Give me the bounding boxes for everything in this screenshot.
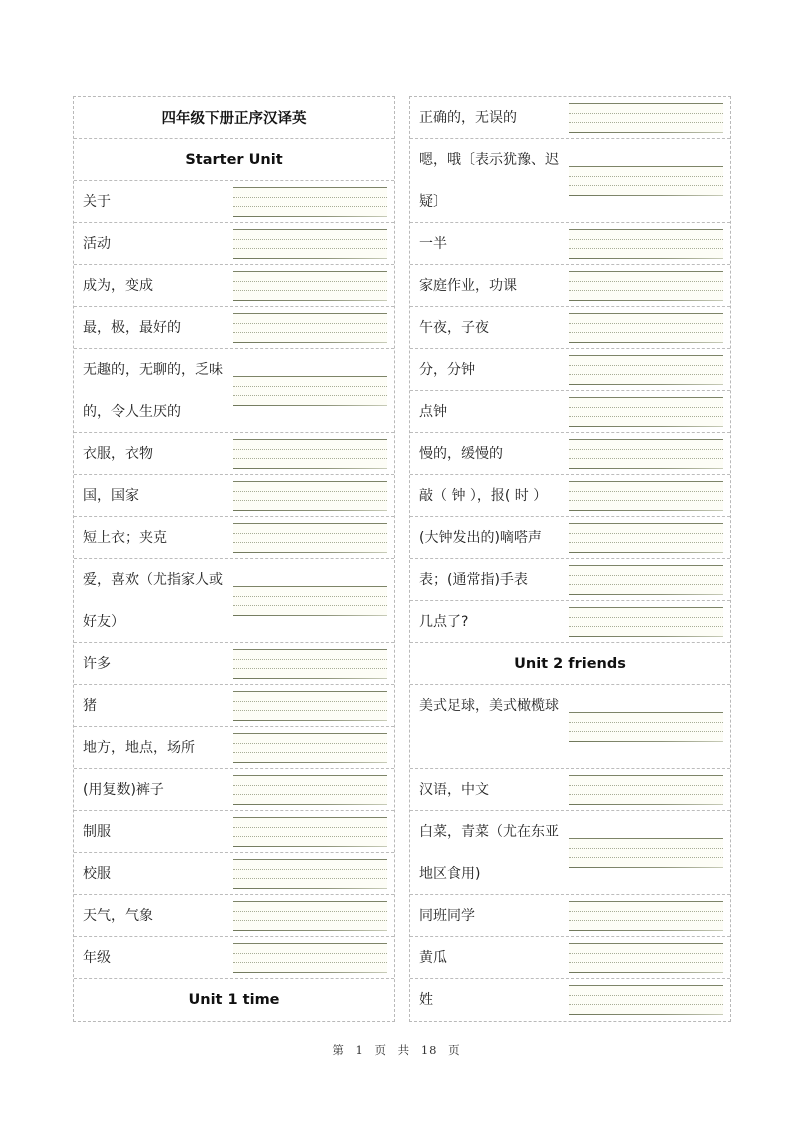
- writing-area: [233, 188, 387, 216]
- footer-page-unit: 页: [375, 1043, 388, 1057]
- dotted-guide-line: [569, 491, 723, 492]
- dotted-guide-line: [233, 596, 387, 597]
- dotted-guide-line: [569, 113, 723, 114]
- dotted-guide-line: [569, 617, 723, 618]
- vocab-row: 姓: [410, 979, 730, 1021]
- dotted-guide-line: [233, 869, 387, 870]
- vocab-row: 几点了?: [410, 601, 730, 643]
- dotted-guide-line: [233, 605, 387, 606]
- chinese-term: 短上衣；夹克: [83, 517, 233, 559]
- dotted-guide-line: [569, 290, 723, 291]
- vocab-row: 白菜，青菜（尤在东亚地区食用): [410, 811, 730, 895]
- bottom-rule-line: [569, 1014, 723, 1015]
- dotted-guide-line: [569, 953, 723, 954]
- top-rule-line: [233, 439, 387, 440]
- chinese-term: 关于: [83, 181, 233, 223]
- dotted-guide-line: [569, 995, 723, 996]
- dotted-guide-line: [569, 248, 723, 249]
- chinese-term: 家庭作业，功课: [419, 265, 569, 307]
- writing-area: [233, 377, 387, 405]
- vocab-row: 最，极，最好的: [74, 307, 394, 349]
- answer-writing-lines[interactable]: [569, 481, 723, 511]
- top-rule-line: [233, 229, 387, 230]
- dotted-guide-line: [569, 584, 723, 585]
- vocab-row: 敲（ 钟 ），报( 时 ）: [410, 475, 730, 517]
- dotted-guide-line: [569, 533, 723, 534]
- writing-area: [233, 482, 387, 510]
- writing-area: [569, 902, 723, 930]
- answer-writing-lines[interactable]: [233, 586, 387, 616]
- bottom-rule-line: [569, 594, 723, 595]
- top-rule-line: [233, 733, 387, 734]
- bottom-rule-line: [569, 300, 723, 301]
- writing-area: [233, 650, 387, 678]
- answer-writing-lines[interactable]: [233, 187, 387, 217]
- chinese-term: 猪: [83, 685, 233, 727]
- writing-area: [569, 314, 723, 342]
- top-rule-line: [233, 943, 387, 944]
- dotted-guide-line: [233, 953, 387, 954]
- dotted-guide-line: [569, 731, 723, 732]
- answer-writing-lines[interactable]: [569, 838, 723, 868]
- dotted-guide-line: [569, 722, 723, 723]
- bottom-rule-line: [569, 972, 723, 973]
- top-rule-line: [233, 859, 387, 860]
- chinese-term: (用复数)裤子: [83, 769, 233, 811]
- dotted-guide-line: [569, 416, 723, 417]
- dotted-guide-line: [233, 878, 387, 879]
- dotted-guide-line: [233, 836, 387, 837]
- dotted-guide-line: [569, 449, 723, 450]
- chinese-term: 成为，变成: [83, 265, 233, 307]
- vocab-row: 分，分钟: [410, 349, 730, 391]
- top-rule-line: [569, 985, 723, 986]
- top-rule-line: [569, 607, 723, 608]
- bottom-rule-line: [233, 888, 387, 889]
- answer-writing-lines[interactable]: [233, 775, 387, 805]
- chinese-term: 天气，气象: [83, 895, 233, 937]
- dotted-guide-line: [233, 248, 387, 249]
- writing-area: [569, 230, 723, 258]
- dotted-guide-line: [569, 458, 723, 459]
- bottom-rule-line: [233, 552, 387, 553]
- dotted-guide-line: [233, 710, 387, 711]
- answer-writing-lines[interactable]: [569, 166, 723, 196]
- answer-writing-lines[interactable]: [233, 523, 387, 553]
- chinese-term: 午夜，子夜: [419, 307, 569, 349]
- chinese-term: 美式足球，美式橄榄球: [419, 685, 564, 727]
- top-rule-line: [569, 481, 723, 482]
- vocab-row: 衣服，衣物: [74, 433, 394, 475]
- answer-writing-lines[interactable]: [233, 817, 387, 847]
- bottom-rule-line: [569, 342, 723, 343]
- top-rule-line: [233, 523, 387, 524]
- bottom-rule-line: [233, 720, 387, 721]
- writing-area: [569, 839, 723, 867]
- dotted-guide-line: [233, 920, 387, 921]
- vocab-row: (用复数)裤子: [74, 769, 394, 811]
- bottom-rule-line: [569, 741, 723, 742]
- bottom-rule-line: [569, 384, 723, 385]
- dotted-guide-line: [569, 911, 723, 912]
- dotted-guide-line: [233, 668, 387, 669]
- vocab-row: 短上衣；夹克: [74, 517, 394, 559]
- answer-writing-lines[interactable]: [233, 859, 387, 889]
- dotted-guide-line: [569, 785, 723, 786]
- right-column: 正确的，无误的嗯，哦〔表示犹豫、迟疑〕一半家庭作业，功课午夜，子夜分，分钟点钟慢…: [409, 96, 731, 1022]
- section-heading: 四年级下册正序汉译英: [74, 97, 394, 139]
- answer-writing-lines[interactable]: [569, 943, 723, 973]
- answer-writing-lines[interactable]: [569, 901, 723, 931]
- top-rule-line: [233, 481, 387, 482]
- top-rule-line: [569, 439, 723, 440]
- writing-area: [569, 524, 723, 552]
- top-rule-line: [569, 523, 723, 524]
- answer-writing-lines[interactable]: [233, 439, 387, 469]
- footer-prefix: 第: [332, 1043, 345, 1057]
- writing-area: [569, 272, 723, 300]
- chinese-term: 衣服，衣物: [83, 433, 233, 475]
- vocab-row: 制服: [74, 811, 394, 853]
- dotted-guide-line: [569, 1004, 723, 1005]
- writing-area: [233, 776, 387, 804]
- page-footer: 第 1 页 共 18 页: [0, 1042, 793, 1058]
- answer-writing-lines[interactable]: [569, 607, 723, 637]
- dotted-guide-line: [233, 701, 387, 702]
- writing-area: [569, 440, 723, 468]
- top-rule-line: [233, 313, 387, 314]
- writing-area: [569, 776, 723, 804]
- chinese-term: 嗯，哦〔表示犹豫、迟疑〕: [419, 139, 564, 223]
- answer-writing-lines[interactable]: [569, 712, 723, 742]
- answer-writing-lines[interactable]: [233, 901, 387, 931]
- bottom-rule-line: [233, 300, 387, 301]
- top-rule-line: [569, 271, 723, 272]
- bottom-rule-line: [233, 342, 387, 343]
- writing-area: [569, 566, 723, 594]
- bottom-rule-line: [569, 468, 723, 469]
- answer-writing-lines[interactable]: [569, 985, 723, 1015]
- writing-area: [233, 440, 387, 468]
- bottom-rule-line: [233, 972, 387, 973]
- dotted-guide-line: [233, 752, 387, 753]
- top-rule-line: [569, 838, 723, 839]
- top-rule-line: [233, 586, 387, 587]
- chinese-term: 活动: [83, 223, 233, 265]
- dotted-guide-line: [569, 239, 723, 240]
- bottom-rule-line: [233, 216, 387, 217]
- chinese-term: 汉语，中文: [419, 769, 569, 811]
- dotted-guide-line: [233, 197, 387, 198]
- bottom-rule-line: [233, 258, 387, 259]
- chinese-term: 一半: [419, 223, 569, 265]
- writing-area: [233, 272, 387, 300]
- top-rule-line: [569, 355, 723, 356]
- vocab-row: 点钟: [410, 391, 730, 433]
- top-rule-line: [233, 649, 387, 650]
- writing-area: [569, 944, 723, 972]
- top-rule-line: [233, 817, 387, 818]
- bottom-rule-line: [569, 636, 723, 637]
- left-column: 四年级下册正序汉译英Starter Unit关于活动成为，变成最，极，最好的无趣…: [73, 96, 395, 1022]
- chinese-term: 同班同学: [419, 895, 569, 937]
- vocab-row: 猪: [74, 685, 394, 727]
- dotted-guide-line: [233, 785, 387, 786]
- answer-writing-lines[interactable]: [233, 691, 387, 721]
- top-rule-line: [569, 313, 723, 314]
- top-rule-line: [569, 943, 723, 944]
- answer-writing-lines[interactable]: [233, 271, 387, 301]
- answer-writing-lines[interactable]: [569, 775, 723, 805]
- vocab-row: 一半: [410, 223, 730, 265]
- bottom-rule-line: [233, 930, 387, 931]
- top-rule-line: [569, 229, 723, 230]
- vocab-row: 天气，气象: [74, 895, 394, 937]
- answer-writing-lines[interactable]: [569, 397, 723, 427]
- vocab-row: 关于: [74, 181, 394, 223]
- answer-writing-lines[interactable]: [569, 103, 723, 133]
- top-rule-line: [569, 103, 723, 104]
- dotted-guide-line: [233, 533, 387, 534]
- dotted-guide-line: [569, 575, 723, 576]
- answer-writing-lines[interactable]: [569, 355, 723, 385]
- dotted-guide-line: [569, 848, 723, 849]
- footer-total-pages: 18: [421, 1043, 438, 1057]
- top-rule-line: [569, 166, 723, 167]
- answer-writing-lines[interactable]: [569, 523, 723, 553]
- section-heading: Unit 1 time: [74, 979, 394, 1021]
- dotted-guide-line: [233, 290, 387, 291]
- top-rule-line: [569, 397, 723, 398]
- writing-area: [233, 818, 387, 846]
- dotted-guide-line: [233, 542, 387, 543]
- dotted-guide-line: [233, 794, 387, 795]
- bottom-rule-line: [233, 468, 387, 469]
- top-rule-line: [233, 187, 387, 188]
- answer-writing-lines[interactable]: [233, 313, 387, 343]
- bottom-rule-line: [569, 195, 723, 196]
- dotted-guide-line: [569, 122, 723, 123]
- vocab-row: 家庭作业，功课: [410, 265, 730, 307]
- dotted-guide-line: [569, 500, 723, 501]
- vocab-row: 活动: [74, 223, 394, 265]
- dotted-guide-line: [233, 332, 387, 333]
- chinese-term: 几点了?: [419, 601, 569, 643]
- vocab-row: 同班同学: [410, 895, 730, 937]
- writing-area: [233, 587, 387, 615]
- bottom-rule-line: [233, 615, 387, 616]
- bottom-rule-line: [569, 132, 723, 133]
- answer-writing-lines[interactable]: [233, 733, 387, 763]
- dotted-guide-line: [569, 323, 723, 324]
- bottom-rule-line: [569, 426, 723, 427]
- chinese-term: 地方，地点，场所: [83, 727, 233, 769]
- dotted-guide-line: [569, 794, 723, 795]
- writing-area: [233, 230, 387, 258]
- top-rule-line: [233, 775, 387, 776]
- chinese-term: 分，分钟: [419, 349, 569, 391]
- dotted-guide-line: [569, 626, 723, 627]
- chinese-term: 黄瓜: [419, 937, 569, 979]
- bottom-rule-line: [569, 804, 723, 805]
- chinese-term: 许多: [83, 643, 233, 685]
- chinese-term: 校服: [83, 853, 233, 895]
- vocab-row: 爱，喜欢（尤指家人或好友）: [74, 559, 394, 643]
- chinese-term: 姓: [419, 979, 569, 1021]
- top-rule-line: [569, 775, 723, 776]
- dotted-guide-line: [569, 542, 723, 543]
- vocab-row: (大钟发出的)嘀嗒声: [410, 517, 730, 559]
- chinese-term: 国，国家: [83, 475, 233, 517]
- dotted-guide-line: [233, 911, 387, 912]
- writing-area: [233, 314, 387, 342]
- vocab-row: 校服: [74, 853, 394, 895]
- writing-area: [569, 167, 723, 195]
- dotted-guide-line: [233, 395, 387, 396]
- dotted-guide-line: [233, 500, 387, 501]
- answer-writing-lines[interactable]: [569, 439, 723, 469]
- dotted-guide-line: [569, 365, 723, 366]
- vocab-row: 成为，变成: [74, 265, 394, 307]
- writing-area: [569, 608, 723, 636]
- vocab-row: 慢的，缓慢的: [410, 433, 730, 475]
- writing-area: [233, 902, 387, 930]
- chinese-term: (大钟发出的)嘀嗒声: [419, 517, 569, 559]
- dotted-guide-line: [569, 962, 723, 963]
- chinese-term: 慢的，缓慢的: [419, 433, 569, 475]
- answer-writing-lines[interactable]: [569, 271, 723, 301]
- vocab-row: 地方，地点，场所: [74, 727, 394, 769]
- dotted-guide-line: [569, 176, 723, 177]
- dotted-guide-line: [233, 743, 387, 744]
- vocab-row: 表；(通常指)手表: [410, 559, 730, 601]
- bottom-rule-line: [233, 510, 387, 511]
- bottom-rule-line: [233, 804, 387, 805]
- dotted-guide-line: [569, 857, 723, 858]
- section-heading: Starter Unit: [74, 139, 394, 181]
- writing-area: [569, 986, 723, 1014]
- section-heading: Unit 2 friends: [410, 643, 730, 685]
- chinese-term: 敲（ 钟 ），报( 时 ）: [419, 475, 569, 517]
- writing-area: [233, 692, 387, 720]
- dotted-guide-line: [569, 281, 723, 282]
- bottom-rule-line: [569, 867, 723, 868]
- footer-total-prefix: 共: [398, 1043, 411, 1057]
- dotted-guide-line: [569, 407, 723, 408]
- dotted-guide-line: [233, 491, 387, 492]
- chinese-term: 无趣的，无聊的，乏味的，令人生厌的: [83, 349, 228, 433]
- vocab-row: 黄瓜: [410, 937, 730, 979]
- top-rule-line: [569, 565, 723, 566]
- writing-area: [569, 482, 723, 510]
- answer-writing-lines[interactable]: [233, 943, 387, 973]
- vocab-row: 许多: [74, 643, 394, 685]
- bottom-rule-line: [569, 930, 723, 931]
- vocab-row: 美式足球，美式橄榄球: [410, 685, 730, 769]
- dotted-guide-line: [233, 962, 387, 963]
- writing-area: [233, 860, 387, 888]
- answer-writing-lines[interactable]: [233, 481, 387, 511]
- vocab-row: 午夜，子夜: [410, 307, 730, 349]
- bottom-rule-line: [233, 678, 387, 679]
- dotted-guide-line: [569, 332, 723, 333]
- writing-area: [569, 104, 723, 132]
- dotted-guide-line: [233, 281, 387, 282]
- vocab-row: 国，国家: [74, 475, 394, 517]
- vocab-row: 嗯，哦〔表示犹豫、迟疑〕: [410, 139, 730, 223]
- chinese-term: 点钟: [419, 391, 569, 433]
- dotted-guide-line: [233, 239, 387, 240]
- writing-area: [233, 944, 387, 972]
- dotted-guide-line: [233, 449, 387, 450]
- writing-area: [233, 734, 387, 762]
- chinese-term: 年级: [83, 937, 233, 979]
- dotted-guide-line: [569, 374, 723, 375]
- writing-area: [569, 398, 723, 426]
- vocab-row: 汉语，中文: [410, 769, 730, 811]
- dotted-guide-line: [233, 323, 387, 324]
- answer-writing-lines[interactable]: [233, 649, 387, 679]
- vocab-row: 年级: [74, 937, 394, 979]
- dotted-guide-line: [233, 386, 387, 387]
- dotted-guide-line: [233, 206, 387, 207]
- bottom-rule-line: [233, 846, 387, 847]
- dotted-guide-line: [569, 920, 723, 921]
- chinese-term: 表；(通常指)手表: [419, 559, 569, 601]
- dotted-guide-line: [233, 659, 387, 660]
- top-rule-line: [569, 712, 723, 713]
- answer-writing-lines[interactable]: [233, 376, 387, 406]
- writing-area: [569, 713, 723, 741]
- chinese-term: 最，极，最好的: [83, 307, 233, 349]
- bottom-rule-line: [233, 405, 387, 406]
- vocab-row: 正确的，无误的: [410, 97, 730, 139]
- top-rule-line: [569, 901, 723, 902]
- dotted-guide-line: [233, 458, 387, 459]
- answer-writing-lines[interactable]: [569, 313, 723, 343]
- chinese-term: 爱，喜欢（尤指家人或好友）: [83, 559, 228, 643]
- vocab-row: 无趣的，无聊的，乏味的，令人生厌的: [74, 349, 394, 433]
- top-rule-line: [233, 376, 387, 377]
- writing-area: [569, 356, 723, 384]
- top-rule-line: [233, 271, 387, 272]
- top-rule-line: [233, 691, 387, 692]
- top-rule-line: [233, 901, 387, 902]
- bottom-rule-line: [569, 258, 723, 259]
- chinese-term: 白菜，青菜（尤在东亚地区食用): [419, 811, 564, 895]
- bottom-rule-line: [569, 552, 723, 553]
- bottom-rule-line: [233, 762, 387, 763]
- bottom-rule-line: [569, 510, 723, 511]
- chinese-term: 正确的，无误的: [419, 97, 569, 139]
- answer-writing-lines[interactable]: [569, 229, 723, 259]
- footer-page-number: 1: [356, 1043, 364, 1057]
- answer-writing-lines[interactable]: [569, 565, 723, 595]
- dotted-guide-line: [233, 827, 387, 828]
- chinese-term: 制服: [83, 811, 233, 853]
- answer-writing-lines[interactable]: [233, 229, 387, 259]
- dotted-guide-line: [569, 185, 723, 186]
- footer-total-unit: 页: [448, 1043, 461, 1057]
- writing-area: [233, 524, 387, 552]
